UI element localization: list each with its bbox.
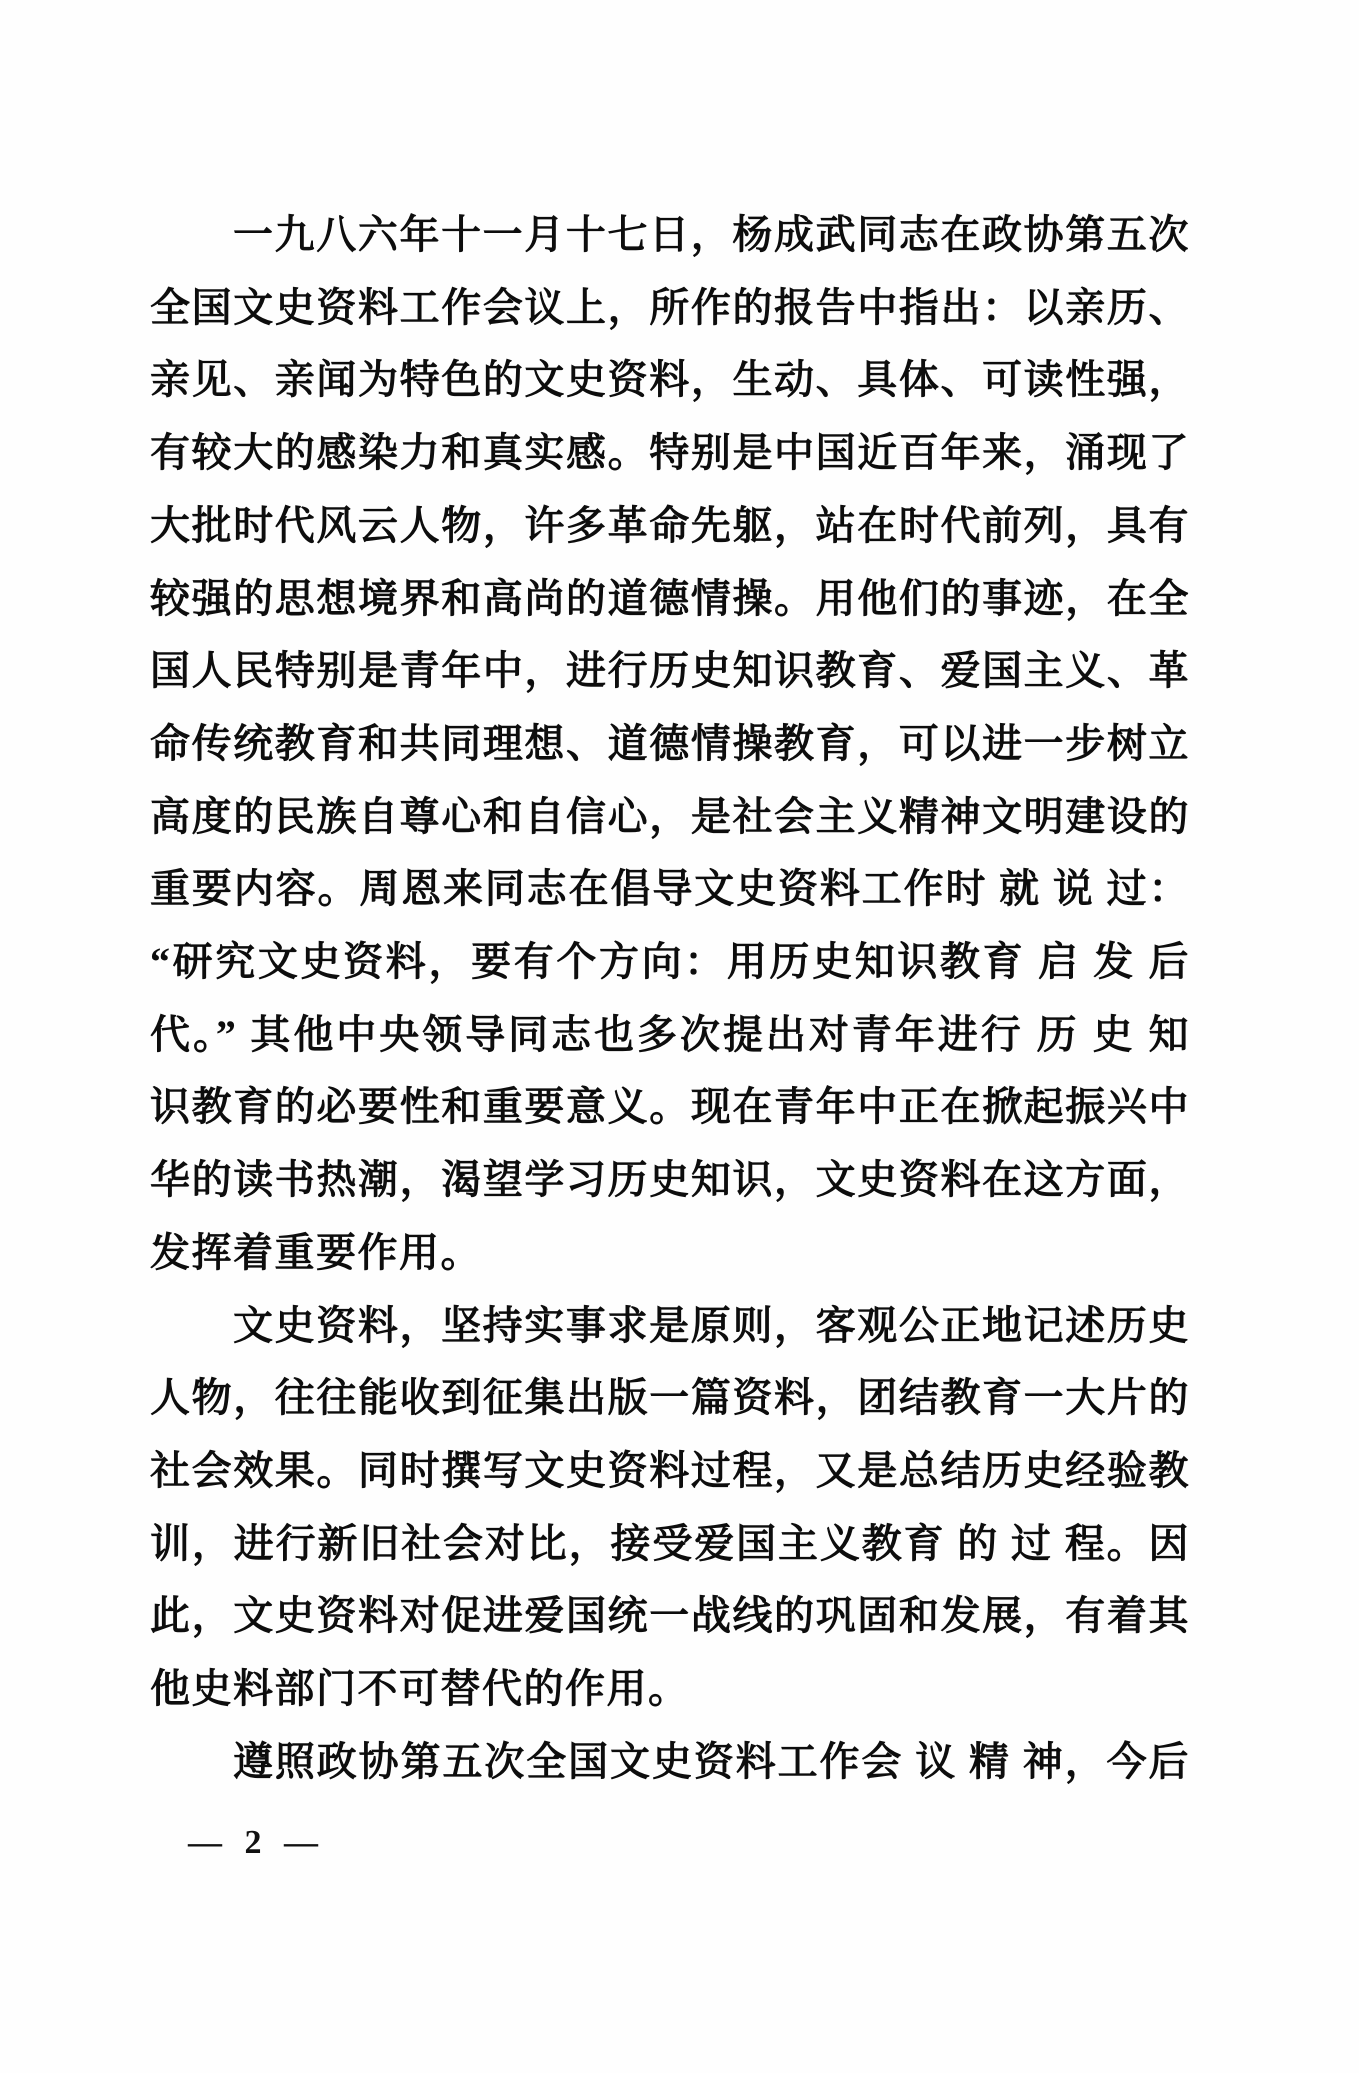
text-line: 一九八六年十一月十七日，杨成武同志在政协第五次 xyxy=(150,199,1190,272)
text-line: 命传统教育和共同理想、道德情操教育，可以进一步树立 xyxy=(150,708,1190,781)
text-line: 此，文史资料对促进爱国统一战线的巩固和发展，有着其 xyxy=(150,1580,1190,1653)
paragraph: 遵照政协第五次全国文史资料工作会 议 精 神，今后 xyxy=(150,1726,1190,1799)
text-line: 重要内容。周恩来同志在倡导文史资料工作时 就 说 过： xyxy=(150,853,1190,926)
text-line: 遵照政协第五次全国文史资料工作会 议 精 神，今后 xyxy=(150,1726,1190,1799)
text-line: 有较大的感染力和真实感。特别是中国近百年来，涌现了 xyxy=(150,417,1190,490)
text-line: 代。” 其他中央领导同志也多次提出对青年进行 历 史 知 xyxy=(150,999,1190,1072)
paragraph: 文史资料，坚持实事求是原则，客观公正地记述历史人物，往往能收到征集出版一篇资料，… xyxy=(150,1290,1190,1726)
text-line: 社会效果。同时撰写文史资料过程，又是总结历史经验教 xyxy=(150,1435,1190,1508)
text-line: 亲见、亲闻为特色的文史资料，生动、具体、可读性强， xyxy=(150,344,1190,417)
text-line: 他史料部门不可替代的作用。 xyxy=(150,1653,1190,1726)
document-page: 一九八六年十一月十七日，杨成武同志在政协第五次全国文史资料工作会议上，所作的报告… xyxy=(0,0,1359,2073)
text-line: 高度的民族自尊心和自信心，是社会主义精神文明建设的 xyxy=(150,781,1190,854)
text-line: 训，进行新旧社会对比，接受爱国主义教育 的 过 程。因 xyxy=(150,1508,1190,1581)
paragraph: 一九八六年十一月十七日，杨成武同志在政协第五次全国文史资料工作会议上，所作的报告… xyxy=(150,199,1190,1290)
text-line: 较强的思想境界和高尚的道德情操。用他们的事迹，在全 xyxy=(150,563,1190,636)
text-line: 大批时代风云人物，许多革命先躯，站在时代前列，具有 xyxy=(150,490,1190,563)
text-line: 识教育的必要性和重要意义。现在青年中正在掀起振兴中 xyxy=(150,1071,1190,1144)
text-line: “研究文史资料，要有个方向：用历史知识教育 启 发 后 xyxy=(150,926,1190,999)
text-line: 人物，往往能收到征集出版一篇资料，团结教育一大片的 xyxy=(150,1362,1190,1435)
text-line: 文史资料，坚持实事求是原则，客观公正地记述历史 xyxy=(150,1290,1190,1363)
text-line: 全国文史资料工作会议上，所作的报告中指出：以亲历、 xyxy=(150,272,1190,345)
text-line: 国人民特别是青年中，进行历史知识教育、爱国主义、革 xyxy=(150,635,1190,708)
text-line: 发挥着重要作用。 xyxy=(150,1217,1190,1290)
text-line: 华的读书热潮，渴望学习历史知识，文史资料在这方面， xyxy=(150,1144,1190,1217)
page-text: 一九八六年十一月十七日，杨成武同志在政协第五次全国文史资料工作会议上，所作的报告… xyxy=(150,199,1190,1798)
page-number: — 2 — xyxy=(188,1824,325,1862)
